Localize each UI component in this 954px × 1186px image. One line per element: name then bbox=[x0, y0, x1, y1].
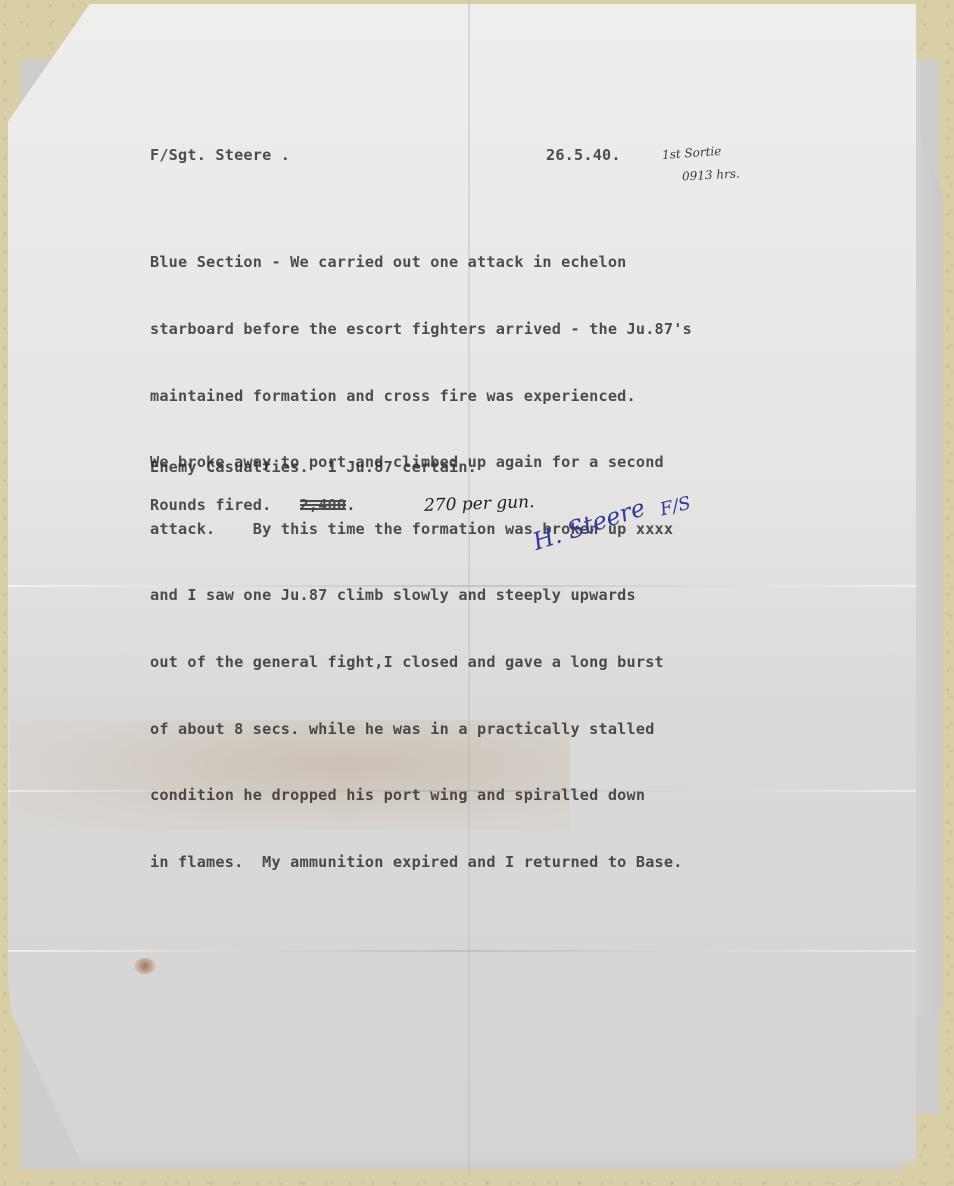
body-line: in flames. My ammunition expired and I r… bbox=[150, 851, 692, 873]
combat-report-body: Blue Section - We carried out one attack… bbox=[150, 207, 692, 895]
fold-crease bbox=[8, 950, 916, 952]
rounds-fired-row: Rounds fired. 2,400. bbox=[150, 496, 356, 514]
body-line: starboard before the escort fighters arr… bbox=[150, 318, 692, 340]
body-line: maintained formation and cross fire was … bbox=[150, 385, 692, 407]
body-line: out of the general fight,I closed and ga… bbox=[150, 651, 692, 673]
time-annotation: 0913 hrs. bbox=[682, 166, 740, 183]
enemy-casualties-label: Enemy Casualties. bbox=[150, 458, 309, 476]
rounds-fired-label: Rounds fired. bbox=[150, 496, 271, 514]
body-line: Blue Section - We carried out one attack… bbox=[150, 251, 692, 273]
enemy-casualties-value: 1 Ju.87 certain. bbox=[328, 458, 478, 476]
body-line: condition he dropped his port wing and s… bbox=[150, 784, 692, 806]
struck-out-value: 2,400 bbox=[300, 496, 347, 514]
pilot-name: F/Sgt. Steere . bbox=[150, 146, 290, 164]
report-date: 26.5.40. bbox=[546, 146, 621, 164]
body-line: of about 8 secs. while he was in a pract… bbox=[150, 718, 692, 740]
enemy-casualties-row: Enemy Casualties. 1 Ju.87 certain. bbox=[150, 458, 477, 476]
rust-spot bbox=[134, 958, 156, 974]
body-line: and I saw one Ju.87 climb slowly and ste… bbox=[150, 584, 692, 606]
handwritten-rounds: 270 per gun. bbox=[424, 492, 535, 516]
